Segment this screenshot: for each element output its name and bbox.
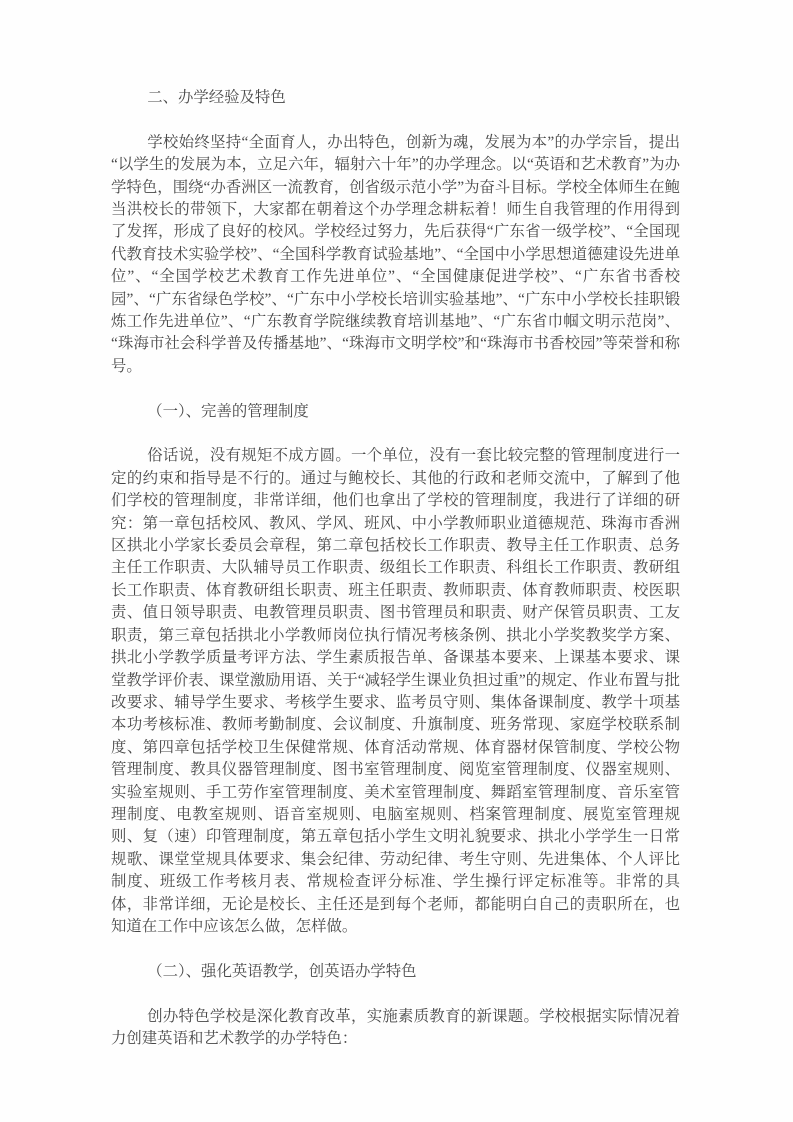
section-heading: 二、办学经验及特色 [111, 87, 680, 109]
paragraph-school-philosophy: 学校始终坚持“全面育人，办出特色，创新为魂，发展为本”的办学宗旨，提出“以学生的… [111, 132, 680, 378]
subsection-heading-management-system: （一）、完善的管理制度 [111, 401, 680, 423]
document-page: 二、办学经验及特色 学校始终坚持“全面育人，办出特色，创新为魂，发展为本”的办学… [0, 0, 793, 1122]
paragraph-management-system-detail: 俗话说，没有规矩不成方圆。一个单位，没有一套比较完整的管理制度进行一定的约束和指… [111, 445, 680, 938]
paragraph-english-feature-intro: 创办特色学校是深化教育改革，实施素质教育的新课题。学校根据实际情况着力创建英语和… [111, 1006, 680, 1051]
subsection-heading-english-teaching: （二）、强化英语教学，创英语办学特色 [111, 961, 680, 983]
